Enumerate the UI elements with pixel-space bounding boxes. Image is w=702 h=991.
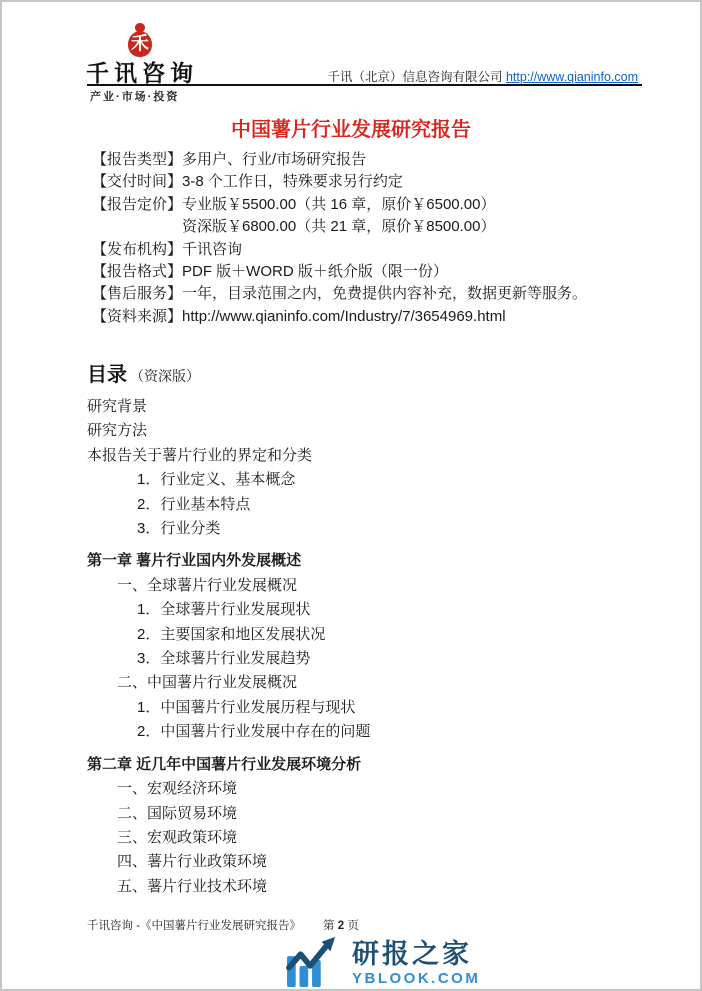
company-website-link[interactable]: http://www.qianinfo.com xyxy=(506,70,638,84)
toc-item: 2．主要国家和地区发展状况 xyxy=(87,623,370,647)
report-info-row: 【发布机构】千讯咨询 xyxy=(92,239,587,261)
toc-item: 本报告关于薯片行业的界定和分类 xyxy=(87,444,370,468)
footer: 千讯咨询 -《中国薯片行业发展研究报告》第 2 页 xyxy=(87,917,359,933)
info-value-source-link[interactable]: http://www.qianinfo.com/Industry/7/36549… xyxy=(182,308,506,325)
toc-item: 三、宏观政策环境 xyxy=(87,826,370,850)
toc-item: 五、薯片行业技术环境 xyxy=(87,875,370,899)
info-value: 专业版￥5500.00（共 16 章，原价￥6500.00） xyxy=(182,196,495,213)
toc-chapter-heading: 第一章 薯片行业国内外发展概述 xyxy=(87,549,370,573)
footer-source: 千讯咨询 -《中国薯片行业发展研究报告》 xyxy=(87,920,301,932)
toc-item: 2．中国薯片行业发展中存在的问题 xyxy=(87,720,370,744)
info-value: 3-8 个工作日，特殊要求另行约定 xyxy=(182,173,403,190)
toc-item: 研究方法 xyxy=(87,419,370,443)
toc-item: 1．中国薯片行业发展历程与现状 xyxy=(87,696,370,720)
report-title: 中国薯片行业发展研究报告 xyxy=(2,113,700,142)
company-line: 千讯（北京）信息咨询有限公司 http://www.qianinfo.com xyxy=(328,67,639,85)
growth-chart-icon xyxy=(285,935,343,991)
yblook-watermark: 研报之家 YBLOOK.COM xyxy=(285,935,480,991)
report-info-row: 【资料来源】http://www.qianinfo.com/Industry/7… xyxy=(92,306,587,328)
toc-heading: 目录（资深版） xyxy=(87,358,200,387)
report-info-row: 资深版￥6800.00（共 21 章，原价￥8500.00） xyxy=(92,216,587,238)
toc-item: 3．行业分类 xyxy=(87,517,370,541)
watermark-name: 研报之家 xyxy=(352,940,480,968)
report-info-row: 【报告格式】PDF 版＋WORD 版＋纸介版（限一份） xyxy=(92,261,587,283)
toc-item: 1．全球薯片行业发展现状 xyxy=(87,598,370,622)
info-label: 【交付时间】 xyxy=(92,173,182,190)
footer-page-prefix: 第 xyxy=(323,920,338,932)
report-info-row: 【报告定价】专业版￥5500.00（共 16 章，原价￥6500.00） xyxy=(92,194,587,216)
info-value: 多用户、行业/市场研究报告 xyxy=(182,151,366,168)
info-value: 一年，目录范围之内，免费提供内容补充，数据更新等服务。 xyxy=(182,285,587,302)
report-info-row: 【报告类型】多用户、行业/市场研究报告 xyxy=(92,149,587,171)
info-label: 【报告定价】 xyxy=(92,196,182,213)
toc-item: 二、中国薯片行业发展概况 xyxy=(87,671,370,695)
info-label: 【发布机构】 xyxy=(92,241,182,258)
footer-page-suffix: 页 xyxy=(344,920,359,932)
toc-title: 目录 xyxy=(87,364,127,386)
report-page: 禾 千讯咨询 产业·市场·投资 千讯（北京）信息咨询有限公司 http://ww… xyxy=(0,0,702,991)
info-label: 【报告类型】 xyxy=(92,151,182,168)
svg-text:禾: 禾 xyxy=(131,34,149,55)
watermark-domain: YBLOOK.COM xyxy=(352,970,480,987)
toc-item: 3．全球薯片行业发展趋势 xyxy=(87,647,370,671)
info-label: 【资料来源】 xyxy=(92,308,182,325)
company-name: 千讯（北京）信息咨询有限公司 xyxy=(328,70,506,84)
toc-item: 1．行业定义、基本概念 xyxy=(87,468,370,492)
info-value: PDF 版＋WORD 版＋纸介版（限一份） xyxy=(182,263,448,280)
toc-item: 一、全球薯片行业发展概况 xyxy=(87,574,370,598)
toc-list: 研究背景研究方法本报告关于薯片行业的界定和分类1．行业定义、基本概念2．行业基本… xyxy=(87,395,370,899)
toc-item: 一、宏观经济环境 xyxy=(87,777,370,801)
footer-page: 第 2 页 xyxy=(323,920,359,932)
report-info-block: 【报告类型】多用户、行业/市场研究报告【交付时间】3-8 个工作日，特殊要求另行… xyxy=(92,149,587,328)
logo-tagline: 产业·市场·投资 xyxy=(90,88,179,104)
toc-item: 2．行业基本特点 xyxy=(87,493,370,517)
toc-chapter-heading: 第二章 近几年中国薯片行业发展环境分析 xyxy=(87,753,370,777)
info-label: 【售后服务】 xyxy=(92,285,182,302)
info-label: 【报告格式】 xyxy=(92,263,182,280)
info-value: 千讯咨询 xyxy=(182,241,242,258)
report-info-row: 【售后服务】一年，目录范围之内，免费提供内容补充，数据更新等服务。 xyxy=(92,283,587,305)
toc-item: 二、国际贸易环境 xyxy=(87,802,370,826)
toc-edition: （资深版） xyxy=(130,368,200,384)
info-value: 资深版￥6800.00（共 21 章，原价￥8500.00） xyxy=(182,218,495,235)
qianxun-red-seal-icon: 禾 xyxy=(124,22,156,58)
watermark-text: 研报之家 YBLOOK.COM xyxy=(352,940,480,987)
toc-item: 四、薯片行业政策环境 xyxy=(87,850,370,874)
report-info-row: 【交付时间】3-8 个工作日，特殊要求另行约定 xyxy=(92,171,587,193)
toc-item: 研究背景 xyxy=(87,395,370,419)
